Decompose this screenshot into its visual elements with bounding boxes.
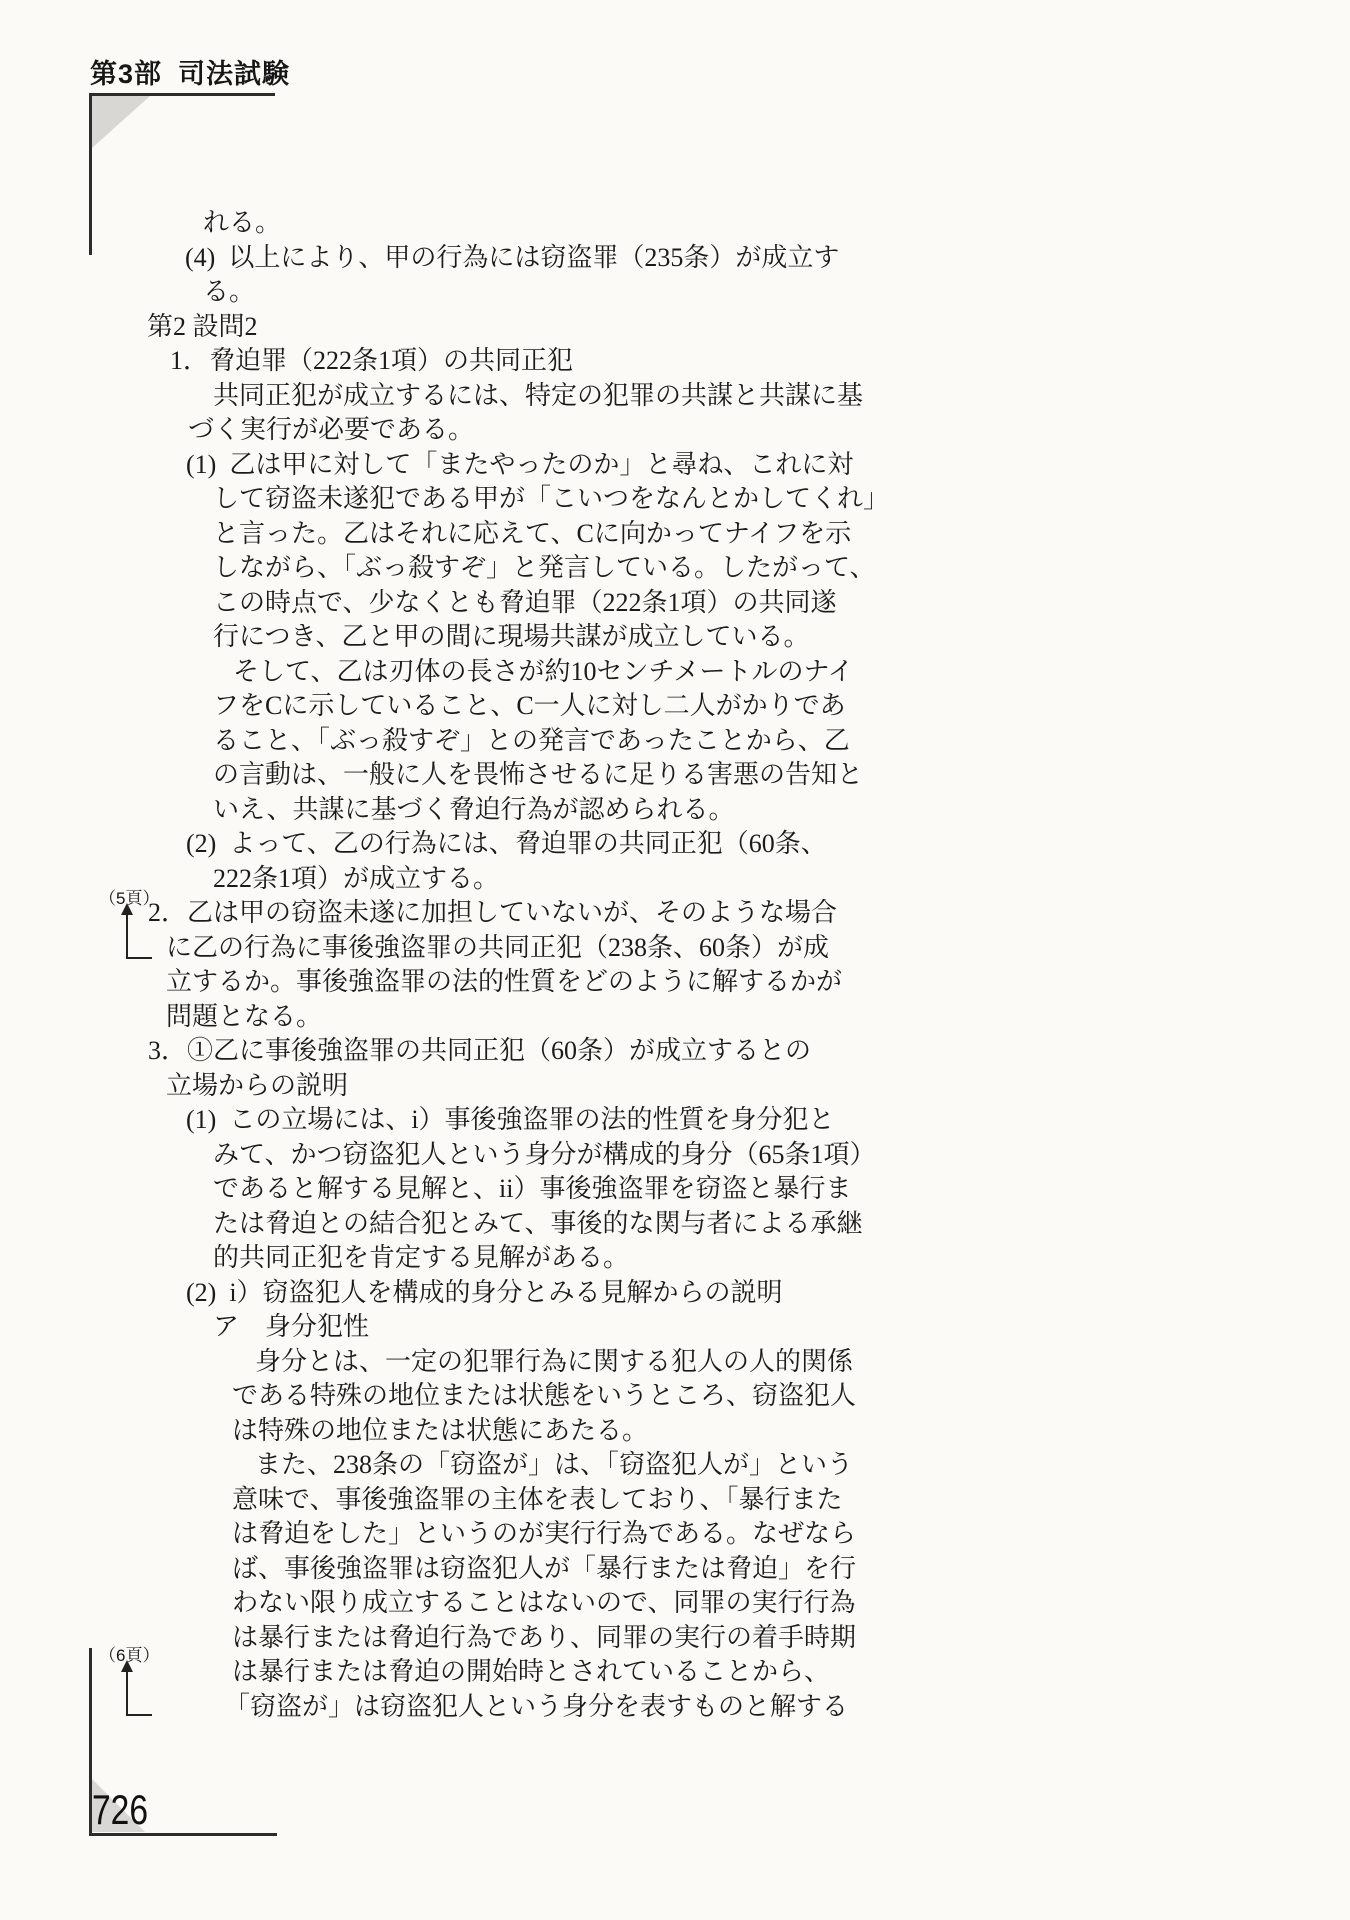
- body-text-line: (4) 以上により、甲の行為には窃盗罪（235条）が成立す: [185, 243, 839, 273]
- body-text-line: と言った。乙はそれに応えて、Cに向かってナイフを示: [213, 519, 851, 549]
- body-text-line: わない限り成立することはないので、同罪の実行行為: [232, 1588, 855, 1618]
- bottom-rule: [89, 1833, 277, 1836]
- document-page: 第3部司法試験 （5頁） （6頁） れる。(4) 以上により、甲の行為には窃盗罪…: [0, 0, 1350, 1920]
- body-text-line: は暴行または脅迫の開始時とされていることから、: [232, 1657, 830, 1687]
- page-number: 726: [92, 1786, 148, 1834]
- body-text-line: 身分とは、一定の犯罪行為に関する犯人の人的関係: [255, 1347, 853, 1377]
- body-text-line: (2) i）窃盗犯人を構成的身分とみる見解からの説明: [186, 1278, 783, 1308]
- body-text-line: また、238条の「窃盗が」は、「窃盗犯人が」という: [255, 1450, 853, 1480]
- body-text-line: 3．①乙に事後強盗罪の共同正犯（60条）が成立するとの: [148, 1036, 811, 1066]
- body-text-line: は脅迫をした」というのが実行行為である。なぜなら: [232, 1519, 856, 1549]
- body-text-line: この時点で、少なくとも脅迫罪（222条1項）の共同遂: [213, 588, 836, 618]
- body-text-line: フをCに示していること、C一人に対し二人がかりであ: [213, 691, 846, 721]
- body-text-line: そして、乙は刃体の長さが約10センチメートルのナイ: [233, 657, 854, 687]
- body-text-line: 問題となる。: [166, 1002, 322, 1032]
- body-text-line: 的共同正犯を肯定する見解がある。: [213, 1243, 629, 1273]
- body-text-line: いえ、共謀に基づく脅迫行為が認められる。: [213, 795, 735, 825]
- body-text-line: は特殊の地位または状態にあたる。: [232, 1416, 648, 1446]
- body-text-line: 共同正犯が成立するには、特定の犯罪の共謀と共謀に基: [213, 381, 863, 411]
- body-text-line: 2．乙は甲の窃盗未遂に加担していないが、そのような場合: [148, 898, 837, 928]
- body-text-line: の言動は、一般に人を畏怖させるに足りる害悪の告知と: [213, 760, 863, 790]
- body-text-line: であると解する見解と、ii）事後強盗罪を窃盗と暴行ま: [213, 1174, 851, 1204]
- body-text-line: 「窃盗が」は窃盗犯人という身分を表すものと解する: [224, 1692, 848, 1722]
- body-text: れる。(4) 以上により、甲の行為には窃盗罪（235条）が成立する。第2 設問2…: [0, 0, 1350, 1920]
- body-text-line: しながら、「ぶっ殺すぞ」と発言している。したがって、: [213, 553, 875, 583]
- body-text-line: ば、事後強盗罪は窃盗犯人が「暴行または脅迫」を行: [232, 1554, 856, 1584]
- body-text-line: 第2 設問2: [147, 312, 258, 342]
- body-text-line: ること、「ぶっ殺すぞ」との発言であったことから、乙: [213, 726, 850, 756]
- body-text-line: は暴行または脅迫行為であり、同罪の実行の着手時期: [232, 1623, 856, 1653]
- body-text-line: (1) 乙は甲に対して「またやったのか」と尋ね、これに対: [186, 450, 853, 480]
- body-text-line: (1) この立場には、i）事後強盗罪の法的性質を身分犯と: [186, 1105, 835, 1135]
- body-text-line: 1．脅迫罪（222条1項）の共同正犯: [170, 346, 573, 376]
- body-text-line: れる。: [203, 208, 281, 238]
- body-text-line: 立場からの説明: [166, 1071, 348, 1101]
- body-text-line: である特殊の地位または状態をいうところ、窃盗犯人: [232, 1381, 856, 1411]
- body-text-line: して窃盗未遂犯である甲が「こいつをなんとかしてくれ」: [213, 484, 889, 514]
- body-text-line: に乙の行為に事後強盗罪の共同正犯（238条、60条）が成: [166, 933, 829, 963]
- body-text-line: づく実行が必要である。: [188, 415, 474, 445]
- body-text-line: (2) よって、乙の行為には、脅迫罪の共同正犯（60条、: [186, 829, 827, 859]
- body-text-line: 行につき、乙と甲の間に現場共謀が成立している。: [213, 622, 809, 652]
- body-text-line: 立するか。事後強盗罪の法的性質をどのように解するかが: [166, 967, 842, 997]
- body-text-line: みて、かつ窃盗犯人という身分が構成的身分（65条1項）: [213, 1140, 875, 1170]
- body-text-line: る。: [203, 277, 255, 307]
- body-text-line: 222条1項）が成立する。: [213, 864, 499, 894]
- body-text-line: ア 身分犯性: [213, 1312, 369, 1342]
- body-text-line: 意味で、事後強盗罪の主体を表しており、「暴行また: [232, 1485, 842, 1515]
- body-text-line: たは脅迫との結合犯とみて、事後的な関与者による承継: [213, 1209, 862, 1239]
